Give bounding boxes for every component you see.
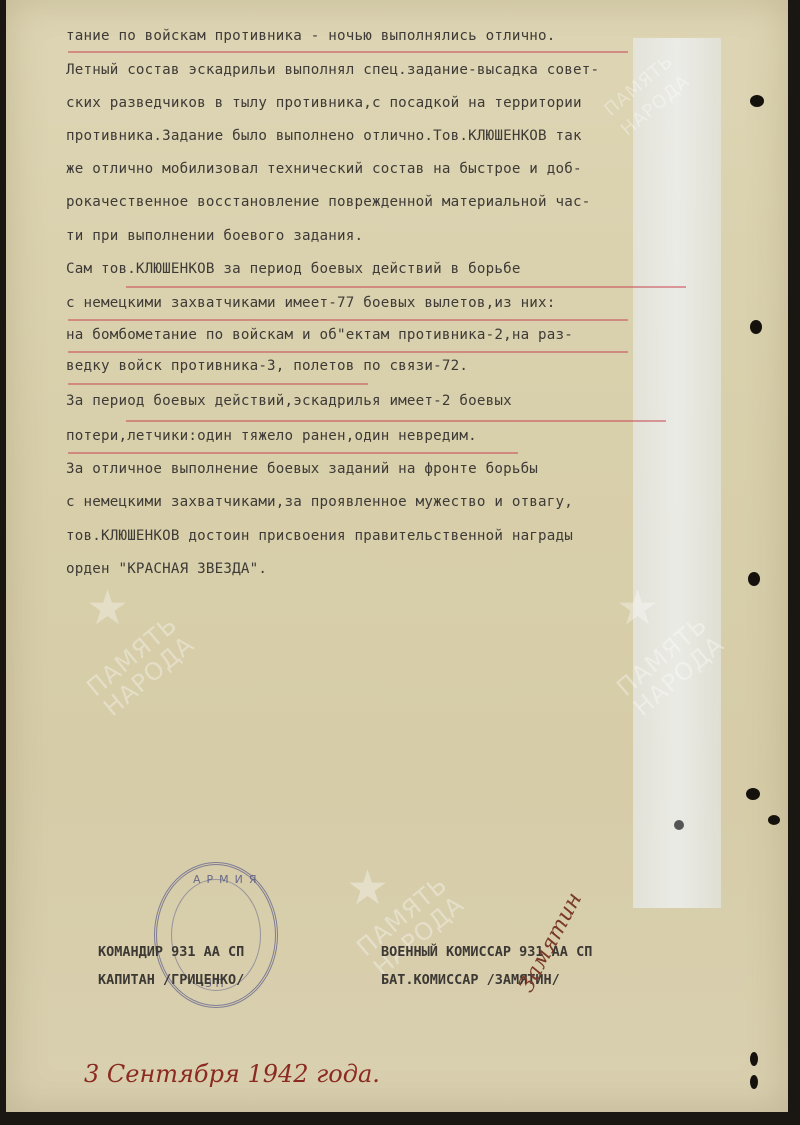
typed-line: рокачественное восстановление поврежденн… <box>66 194 766 210</box>
typed-line: противника.Задание было выполнено отличн… <box>66 128 766 144</box>
punch-hole <box>750 1052 758 1066</box>
red-underline <box>126 286 686 288</box>
red-underline <box>68 351 628 353</box>
punch-hole <box>748 572 760 586</box>
typed-line: с немецкими захватчиками,за проявленное … <box>66 494 766 510</box>
red-underline <box>126 420 666 422</box>
typed-line: ти при выполнении боевого задания. <box>66 228 766 244</box>
typed-line: ведку войск противника-3, полетов по свя… <box>66 358 766 374</box>
commander-title: КОМАНДИР 931 АА СП <box>98 944 244 960</box>
document-page: тание по войскам противника - ночью выпо… <box>6 0 788 1112</box>
typed-line: с немецкими захватчиками имеет-77 боевых… <box>66 295 766 311</box>
punch-hole <box>750 320 762 334</box>
red-underline <box>68 383 368 385</box>
watermark-star-icon: ★ <box>616 580 659 636</box>
typed-line: же отлично мобилизовал технический соста… <box>66 161 766 177</box>
typed-line: За период боевых действий,эскадрилья име… <box>66 393 766 409</box>
punch-hole <box>674 820 684 830</box>
punch-hole <box>746 788 760 800</box>
typed-line: тание по войскам противника - ночью выпо… <box>66 28 766 44</box>
typed-line: Сам тов.КЛЮШЕНКОВ за период боевых дейст… <box>66 261 766 277</box>
red-underline <box>68 319 628 321</box>
red-underline <box>68 51 628 53</box>
red-underline <box>68 452 518 454</box>
stamp-ring-text: АРМИЯ <box>193 873 263 886</box>
punch-hole <box>750 1075 758 1089</box>
watermark-star-icon: ★ <box>86 580 129 636</box>
typed-line: За отличное выполнение боевых заданий на… <box>66 461 766 477</box>
handwritten-date: 3 Сентября 1942 года. <box>84 1060 380 1088</box>
typed-line: орден "КРАСНАЯ ЗВЕЗДА". <box>66 561 766 577</box>
commander-name: КАПИТАН /ГРИЦЕНКО/ <box>98 972 244 988</box>
punch-hole <box>750 95 764 107</box>
typed-line: тов.КЛЮШЕНКОВ достоин присвоения правите… <box>66 528 766 544</box>
typed-line: на бомбометание по войскам и об"ектам пр… <box>66 327 766 343</box>
punch-hole <box>768 815 780 825</box>
typed-line: потери,летчики:один тяжело ранен,один не… <box>66 428 766 444</box>
watermark-star-icon: ★ <box>346 860 389 916</box>
